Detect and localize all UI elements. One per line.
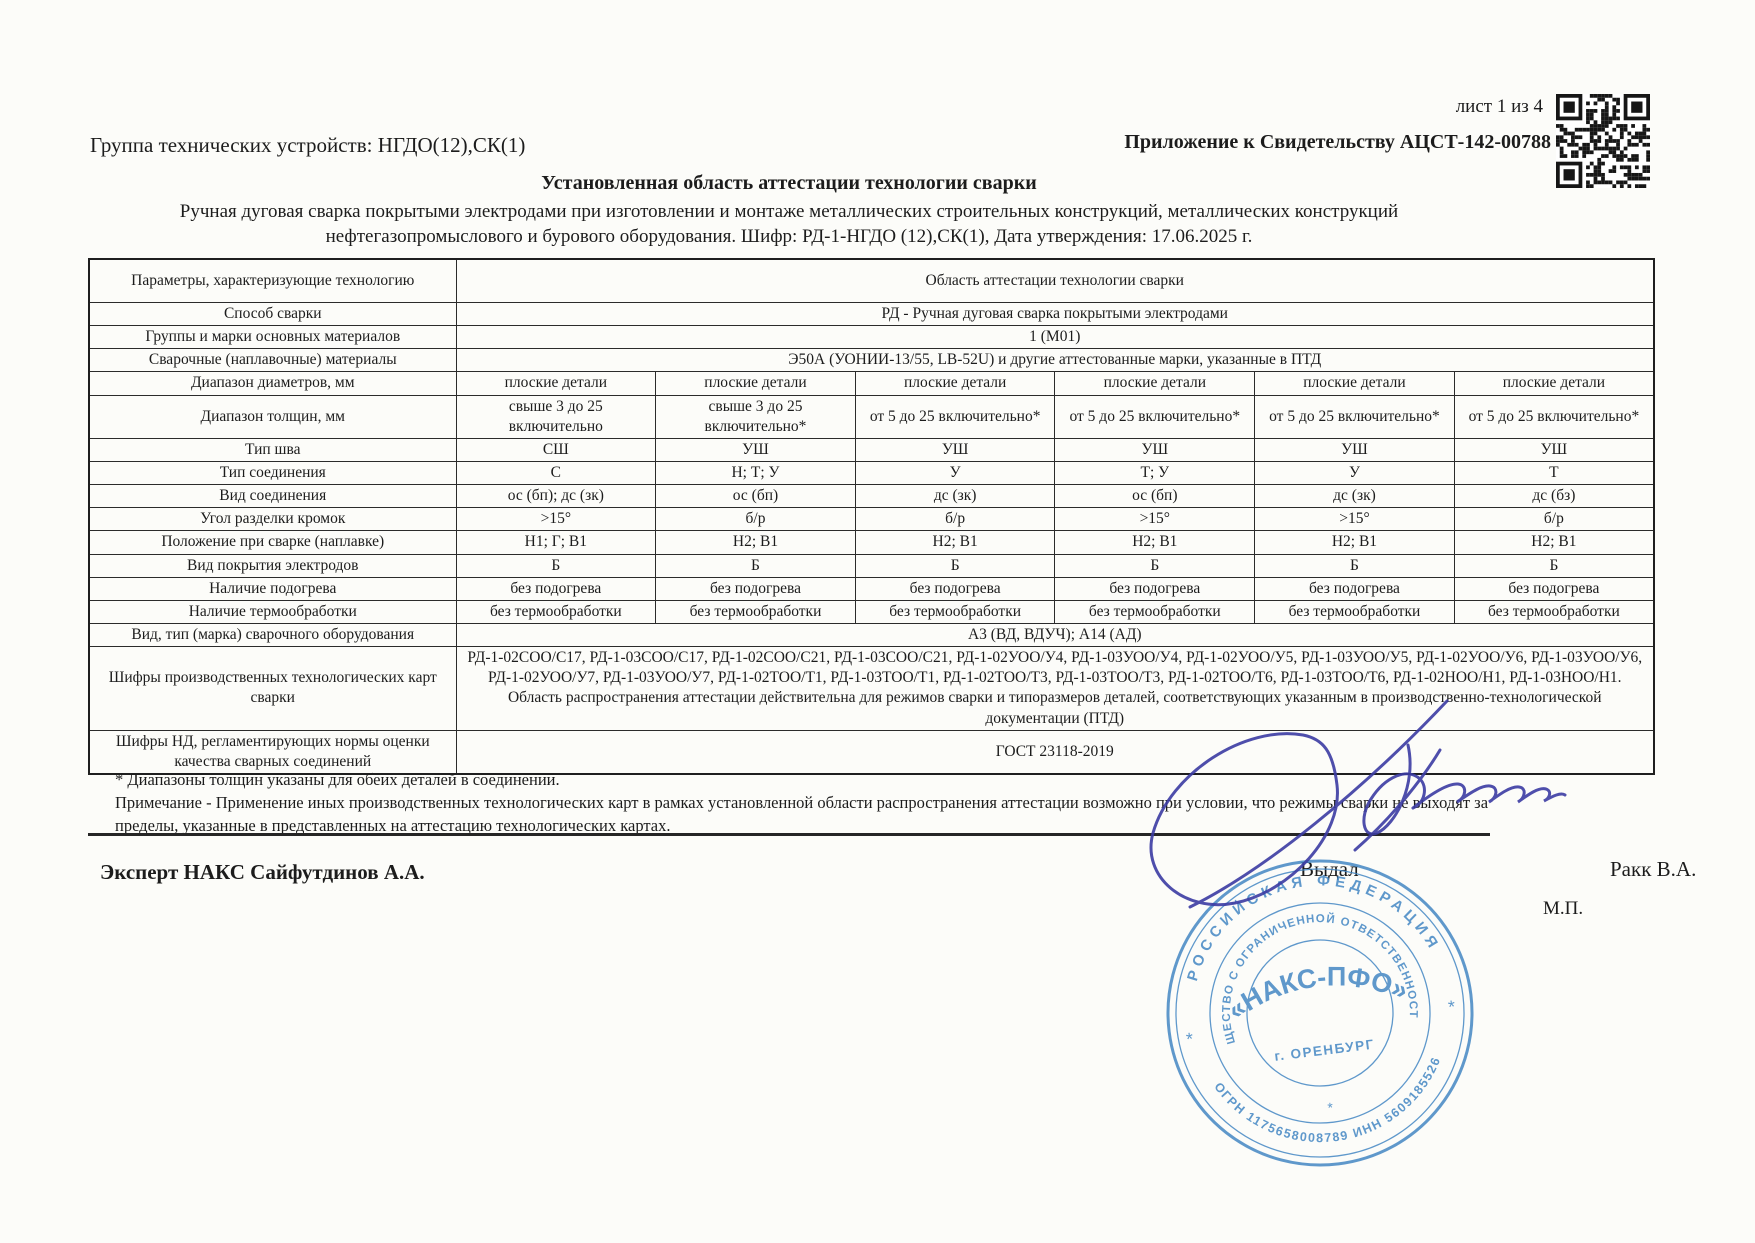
cell-value: С [456,461,656,484]
document-page: лист 1 из 4 Группа технических устройств… [0,0,1755,1243]
seal-place-mark: М.П. [1543,898,1583,920]
cell-value: Н2; В1 [656,531,856,554]
cell-value: Т [1454,461,1654,484]
cell-value: У [1255,461,1455,484]
row-label: Положение при сварке (наплавке) [89,531,456,554]
row-label: Способ сварки [89,303,456,326]
table-row: Способ сваркиРД - Ручная дуговая сварка … [89,303,1654,326]
cell-value: плоские детали [656,372,856,395]
row-label: Диапазон диаметров, мм [89,372,456,395]
cell-value: без термообработки [1454,600,1654,623]
footnotes-block: * Диапазоны толщин указаны для обеих дет… [115,769,1540,837]
cell-value: от 5 до 25 включительно* [1255,395,1455,438]
cell-value: без подогрева [855,577,1055,600]
cell-value: без термообработки [855,600,1055,623]
area-column-header: Область аттестации технологии сварки [456,259,1654,303]
params-column-header: Параметры, характеризующие технологию [89,259,456,303]
row-label: Шифры производственных технологических к… [89,647,456,731]
cell-value: б/р [1454,508,1654,531]
cell-value: без подогрева [656,577,856,600]
cell-value: >15° [1255,508,1455,531]
cell-value: Б [656,554,856,577]
round-stamp-graphic: РОССИЙСКАЯ ФЕДЕРАЦИЯ ОГРН 1175658008789 … [1152,845,1488,1181]
row-label: Шифры НД, регламентирующих нормы оценки … [89,730,456,774]
stamp-city-text: г. ОРЕНБУРГ [1274,1037,1376,1064]
table-row: Шифры производственных технологических к… [89,647,1654,731]
cell-value: Б [855,554,1055,577]
cell-value: без подогрева [456,577,656,600]
cell-value: б/р [855,508,1055,531]
row-label: Наличие подогрева [89,577,456,600]
cell-value: плоские детали [1055,372,1255,395]
table-row: Сварочные (наплавочные) материалыЭ50А (У… [89,349,1654,372]
row-label: Наличие термообработки [89,600,456,623]
cell-value: без подогрева [1255,577,1455,600]
row-value: 1 (М01) [456,326,1654,349]
cell-value: без подогрева [1055,577,1255,600]
row-label: Вид соединения [89,485,456,508]
table-row: Положение при сварке (наплавке)Н1; Г; В1… [89,531,1654,554]
cell-value: >15° [1055,508,1255,531]
cell-value: >15° [456,508,656,531]
row-label: Угол разделки кромок [89,508,456,531]
cell-value: Н2; В1 [1255,531,1455,554]
cell-value: Б [456,554,656,577]
cell-value: Н1; Г; В1 [456,531,656,554]
footer-divider-line [88,833,1490,836]
row-value: ГОСТ 23118-2019 [456,730,1654,774]
cell-value: б/р [656,508,856,531]
cell-value: дс (зк) [855,485,1055,508]
cell-value: Б [1055,554,1255,577]
table-header-row: Параметры, характеризующие технологию Об… [89,259,1654,303]
cell-value: Б [1454,554,1654,577]
stamp-star-right: * [1447,997,1456,1018]
page-title: Установленная область аттестации техноло… [88,172,1490,195]
row-label: Сварочные (наплавочные) материалы [89,349,456,372]
round-stamp: РОССИЙСКАЯ ФЕДЕРАЦИЯ ОГРН 1175658008789 … [1152,845,1488,1181]
cell-value: Б [1255,554,1455,577]
cell-value: УШ [1055,438,1255,461]
row-label: Вид покрытия электродов [89,554,456,577]
cell-value: без термообработки [656,600,856,623]
table-row: Вид соединенияос (бп); дс (зк)ос (бп)дс … [89,485,1654,508]
attestation-table: Параметры, характеризующие технологию Об… [88,258,1655,775]
thickness-footnote: * Диапазоны толщин указаны для обеих дет… [115,769,1540,792]
cell-value: Н2; В1 [855,531,1055,554]
expert-signature-name: Эксперт НАКС Сайфутдинов А.А. [100,860,425,885]
cell-value: Н2; В1 [1055,531,1255,554]
stamp-star-left: * [1185,1029,1194,1050]
table-row: Группы и марки основных материалов1 (М01… [89,326,1654,349]
attestation-table-body: Способ сваркиРД - Ручная дуговая сварка … [89,303,1654,774]
cell-value: свыше 3 до 25 включительно [456,395,656,438]
cell-value: Н2; В1 [1454,531,1654,554]
cell-value: от 5 до 25 включительно* [1055,395,1255,438]
row-value: РД - Ручная дуговая сварка покрытыми эле… [456,303,1654,326]
cell-value: плоские детали [1454,372,1654,395]
stamp-star-bottom: * [1327,1099,1335,1116]
table-row: Вид покрытия электродовББББББ [89,554,1654,577]
row-label: Вид, тип (марка) сварочного оборудования [89,623,456,646]
table-row: Диапазон толщин, ммсвыше 3 до 25 включит… [89,395,1654,438]
issuer-signature-name: Ракк В.А. [1610,857,1696,882]
cell-value: без термообработки [1055,600,1255,623]
row-label: Диапазон толщин, мм [89,395,456,438]
cell-value: ос (бп) [656,485,856,508]
annex-certificate-line: Приложение к Свидетельству АЦСТ-142-0078… [1124,131,1551,154]
table-row: Вид, тип (марка) сварочного оборудования… [89,623,1654,646]
cell-value: У [855,461,1055,484]
sheet-number-label: лист 1 из 4 [1456,96,1543,118]
row-value: РД-1-02СОО/С17, РД-1-03СОО/С17, РД-1-02С… [456,647,1654,731]
row-label: Группы и марки основных материалов [89,326,456,349]
cell-value: без подогрева [1454,577,1654,600]
table-row: Шифры НД, регламентирующих нормы оценки … [89,730,1654,774]
cell-value: плоские детали [456,372,656,395]
page-subtitle: Ручная дуговая сварка покрытыми электрод… [88,199,1490,250]
qr-code [1556,94,1650,188]
row-value: Э50А (УОНИИ-13/55, LB-52U) и другие атте… [456,349,1654,372]
device-group-line: Группа технических устройств: НГДО(12),С… [90,133,525,158]
cell-value: Т; У [1055,461,1255,484]
table-row: Угол разделки кромок>15°б/рб/р>15°>15°б/… [89,508,1654,531]
cell-value: УШ [656,438,856,461]
cell-value: ос (бп); дс (зк) [456,485,656,508]
table-row: Тип соединенияСН; Т; УУТ; УУТ [89,461,1654,484]
cell-value: без термообработки [456,600,656,623]
row-label: Тип шва [89,438,456,461]
cell-value: ос (бп) [1055,485,1255,508]
cell-value: дс (зк) [1255,485,1455,508]
cell-value: СШ [456,438,656,461]
cell-value: свыше 3 до 25 включительно* [656,395,856,438]
table-row: Наличие подогревабез подогревабез подогр… [89,577,1654,600]
cell-value: от 5 до 25 включительно* [855,395,1055,438]
cell-value: плоские детали [855,372,1055,395]
cell-value: Н; Т; У [656,461,856,484]
row-label: Тип соединения [89,461,456,484]
cell-value: УШ [1454,438,1654,461]
cell-value: УШ [1255,438,1455,461]
table-row: Тип шваСШУШУШУШУШУШ [89,438,1654,461]
cell-value: дс (бз) [1454,485,1654,508]
cell-value: от 5 до 25 включительно* [1454,395,1654,438]
table-row: Диапазон диаметров, ммплоские деталиплос… [89,372,1654,395]
cell-value: плоские детали [1255,372,1455,395]
row-value: А3 (ВД, ВДУЧ); А14 (АД) [456,623,1654,646]
cell-value: без термообработки [1255,600,1455,623]
table-row: Наличие термообработкибез термообработки… [89,600,1654,623]
note-paragraph: Примечание - Применение иных производств… [115,792,1540,838]
cell-value: УШ [855,438,1055,461]
